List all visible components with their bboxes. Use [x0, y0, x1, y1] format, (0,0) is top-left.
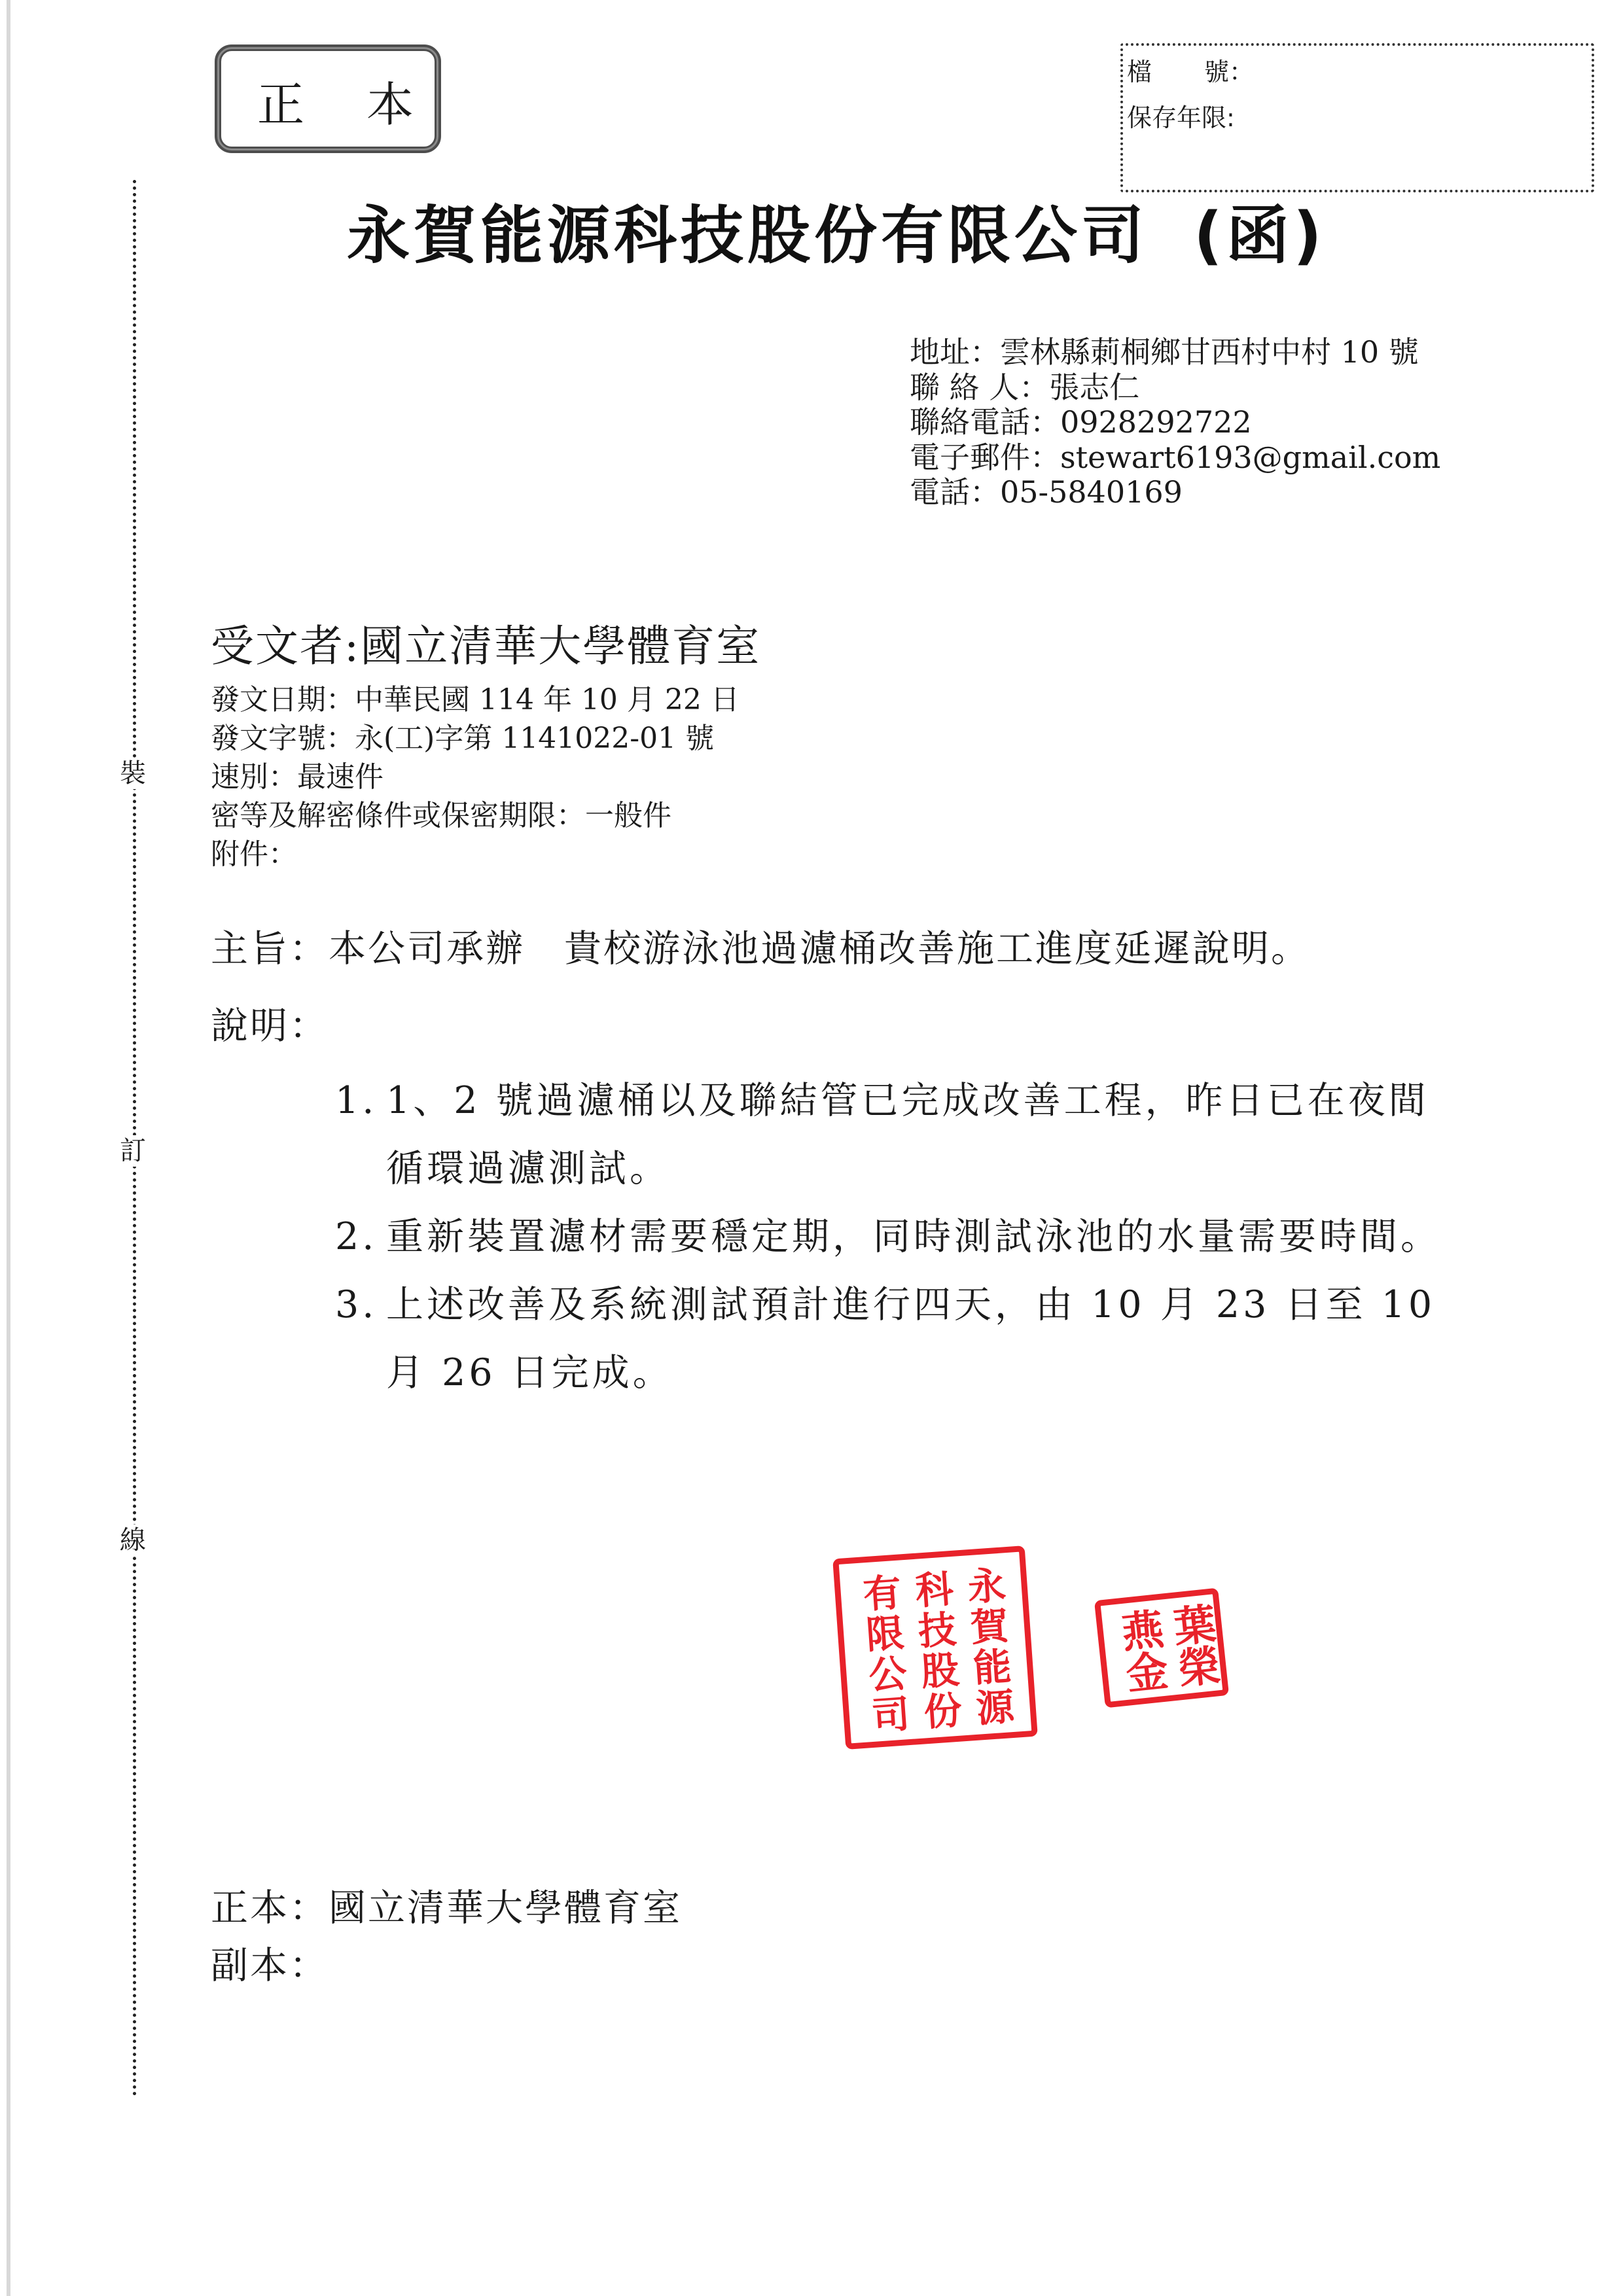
seal-char: 股 — [905, 1650, 960, 1693]
binding-label-2: 訂 — [120, 1135, 146, 1167]
contact-person: 聯 絡 人：張志仁 — [910, 370, 1440, 406]
original-char-1: 正 — [257, 79, 304, 131]
list-item: 2. 重新裝置濾材需要穩定期，同時測試泳池的水量需要時間。 — [335, 1203, 1448, 1271]
issue-date: 發文日期：中華民國 114 年 10 月 22 日 — [211, 680, 740, 719]
sender-address: 地址：雲林縣莿桐鄉甘西村中村 10 號 — [910, 335, 1440, 370]
seal-char: 能 — [957, 1646, 1012, 1689]
original-copy-stamp: 正 本 — [215, 44, 441, 153]
seal-char: 金 — [1114, 1650, 1170, 1697]
item-number: 1. — [335, 1067, 377, 1135]
seal-char: 技 — [902, 1609, 957, 1653]
item-text: 重新裝置濾材需要穩定期，同時測試泳池的水量需要時間。 — [386, 1215, 1441, 1258]
retention-period-field: 保存年限: — [1127, 103, 1235, 132]
seal-char: 永 — [952, 1564, 1007, 1608]
item-number: 3. — [335, 1271, 377, 1339]
item-text: 1、2 號過濾桶以及聯結管已完成改善工程，昨日已在夜間循環過濾測試。 — [386, 1079, 1429, 1190]
recipient: 受文者:國立清華大學體育室 — [211, 620, 760, 673]
document-number: 發文字號：永(工)字第 1141022-01 號 — [211, 719, 740, 758]
seal-char: 源 — [961, 1686, 1016, 1730]
contact-email: 電子郵件：stewart6193@gmail.com — [910, 440, 1440, 476]
file-number-label-b: 號： — [1204, 58, 1254, 86]
company-seal-stamp: 永 賀 能 源 科 技 股 份 有 限 公 司 — [832, 1545, 1038, 1750]
seal-char: 賀 — [955, 1605, 1010, 1649]
company-name: 永賀能源科技股份有限公司 — [347, 199, 1148, 272]
office-phone: 電話：05-5840169 — [910, 475, 1440, 510]
contact-phone: 聯絡電話：0928292722 — [910, 405, 1440, 440]
attachments: 附件： — [211, 835, 740, 874]
item-text: 上述改善及系統測試預計進行四天，由 10 月 23 日至 10 月 26 日完成… — [386, 1283, 1435, 1394]
file-number-label-a: 檔 — [1127, 58, 1152, 86]
seal-char: 限 — [850, 1612, 905, 1656]
document-type: (函) — [1194, 199, 1326, 272]
delivery-speed: 速別：最速件 — [211, 758, 740, 796]
file-number-field: 檔號： — [1127, 58, 1254, 86]
list-item: 1. 1、2 號過濾桶以及聯結管已完成改善工程，昨日已在夜間循環過濾測試。 — [335, 1067, 1448, 1203]
copy-recipient: 副本： — [211, 1937, 682, 1994]
archive-info-box: 檔號： 保存年限: — [1120, 43, 1594, 192]
list-item: 3. 上述改善及系統測試預計進行四天，由 10 月 23 日至 10 月 26 … — [335, 1271, 1448, 1407]
seal-char: 有 — [847, 1572, 902, 1616]
scan-edge — [7, 0, 10, 2296]
distribution-list: 正本：國立清華大學體育室 副本： — [211, 1879, 682, 1994]
explanation-list: 1. 1、2 號過濾桶以及聯結管已完成改善工程，昨日已在夜間循環過濾測試。 2.… — [335, 1067, 1448, 1407]
original-char-2: 本 — [366, 79, 414, 131]
binding-label-3: 線 — [120, 1525, 146, 1556]
seal-char: 公 — [853, 1653, 908, 1697]
document-meta: 發文日期：中華民國 114 年 10 月 22 日 發文字號：永(工)字第 11… — [211, 680, 740, 874]
seal-char: 科 — [900, 1568, 955, 1612]
personal-seal-stamp: 葉 榮 燕 金 — [1094, 1588, 1229, 1708]
explanation-label: 說明： — [211, 1001, 329, 1051]
subject-part-1: 主旨：本公司承辦 — [211, 927, 525, 970]
letter-title: 永賀能源科技股份有限公司(函) — [347, 196, 1326, 275]
item-number: 2. — [335, 1203, 377, 1271]
seal-char: 份 — [908, 1689, 963, 1733]
binding-label-1: 裝 — [120, 758, 146, 789]
seal-char: 司 — [856, 1693, 911, 1737]
subject-part-2: 貴校游泳池過濾桶改善施工進度延遲說明。 — [564, 927, 1310, 970]
secrecy-level: 密等及解密條件或保密期限：一般件 — [211, 796, 740, 835]
subject-line: 主旨：本公司承辦貴校游泳池過濾桶改善施工進度延遲說明。 — [211, 924, 1310, 974]
original-recipient: 正本：國立清華大學體育室 — [211, 1879, 682, 1937]
sender-contact-block: 地址：雲林縣莿桐鄉甘西村中村 10 號 聯 絡 人：張志仁 聯絡電話：09282… — [910, 335, 1440, 510]
seal-char: 榮 — [1166, 1645, 1222, 1692]
